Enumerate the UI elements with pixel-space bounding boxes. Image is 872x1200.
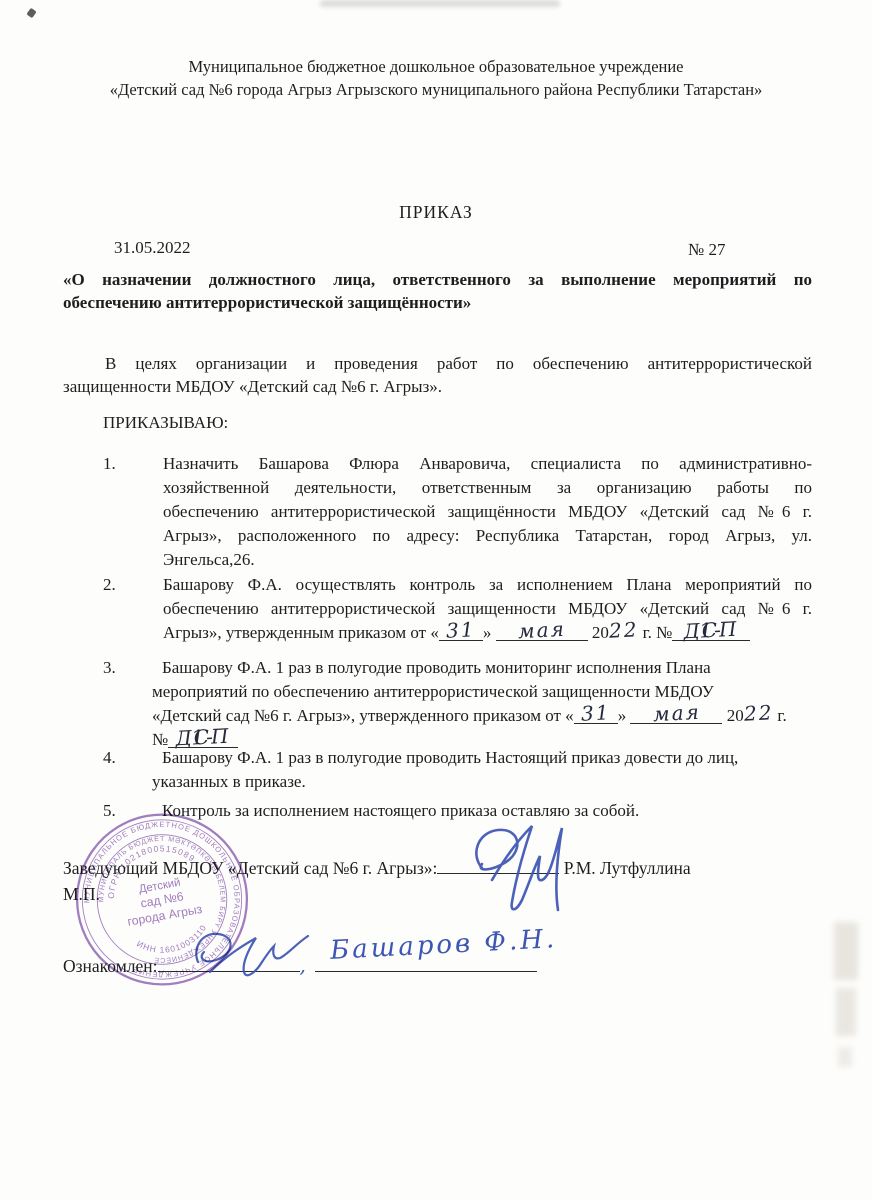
stamp-inn-text: ИНН 1601003110 (133, 921, 212, 960)
item-date-line: «Детский сад №6 г. Агрыз», утвержденного… (152, 704, 812, 728)
date-line-text: 20 (592, 623, 609, 642)
month-blank: мая (630, 704, 722, 724)
item-line: указанных в приказе. (152, 770, 812, 794)
org-header: Муниципальное бюджетное дошкольное образ… (30, 55, 842, 101)
date-line-text: г. (777, 706, 786, 725)
day-blank: 31 (439, 621, 483, 641)
item-line: Башарову Ф.А. 1 раз в полугодие проводит… (152, 656, 812, 680)
handwritten-day: 31 (581, 712, 610, 714)
handwritten-order-no: 1-ДСП (168, 735, 238, 739)
item-line: Башарову Ф.А. 1 раз в полугодие проводит… (152, 746, 812, 770)
item-line: Башарову Ф.А. осуществлять контроль за и… (163, 573, 812, 597)
order-intro-line1: В целях организации и проведения работ п… (63, 352, 812, 375)
item-line: Энгельса,26. (163, 548, 812, 572)
month-blank: мая (496, 621, 588, 641)
scan-artifact-smudge-right (836, 988, 856, 1036)
item-line: Агрыз», расположенного по адресу: Респуб… (163, 524, 812, 548)
handwritten-month: мая (653, 712, 701, 714)
item-line: мероприятий по обеспечению антитеррорист… (152, 680, 812, 704)
date-line-text: 20 (727, 706, 744, 725)
day-blank: 31 (574, 704, 618, 724)
item-date-line: Агрыз», утвержденным приказом от «31» ма… (163, 621, 812, 645)
item-text: Назначить Башарова Флюра Анваровича, спе… (163, 452, 812, 572)
order-subject: «О назначении должностного лица, ответст… (63, 268, 812, 314)
order-item-2: 2. Башарову Ф.А. осуществлять контроль з… (103, 573, 812, 645)
handwritten-month: мая (518, 629, 566, 631)
item-line: обеспечению антитеррористической защищён… (163, 500, 812, 524)
item-number: 3. (103, 656, 116, 680)
handwritten-day: 31 (446, 629, 475, 631)
date-line-text: «Детский сад №6 г. Агрыз», утвержденного… (152, 706, 574, 725)
handwritten-year: 22 (609, 629, 638, 631)
order-intro: В целях организации и проведения работ п… (63, 352, 812, 398)
handwritten-year: 22 (744, 712, 773, 714)
scan-artifact-dot (26, 8, 36, 19)
item-text: Башарову Ф.А. 1 раз в полугодие проводит… (152, 656, 812, 752)
scan-artifact-smudge-right (838, 1047, 852, 1067)
item-line: Назначить Башарова Флюра Анваровича, спе… (163, 452, 812, 476)
order-subject-line1: «О назначении должностного лица, ответст… (63, 268, 812, 291)
official-round-stamp: МУНИЦИПАЛЬНОЕ БЮДЖЕТНОЕ ДОШКОЛЬНОЕ ОБРАЗ… (58, 798, 266, 1002)
order-number: № 27 (688, 240, 725, 260)
date-line-text: г. № (643, 623, 673, 642)
date-line-text: » (618, 706, 627, 725)
item-line: хозяйственной деятельности, ответственны… (163, 476, 812, 500)
order-item-3: 3. Башарову Ф.А. 1 раз в полугодие прово… (103, 656, 812, 752)
item-text: Башарову Ф.А. осуществлять контроль за и… (163, 573, 812, 645)
svg-text:ИНН 1601003110: ИНН 1601003110 (133, 921, 212, 960)
org-name-line1: Муниципальное бюджетное дошкольное образ… (30, 55, 842, 78)
order-command: ПРИКАЗЫВАЮ: (103, 413, 228, 433)
order-item-1: 1. Назначить Башарова Флюра Анваровича, … (103, 452, 812, 572)
date-line-text: Агрыз», утвержденным приказом от « (163, 623, 439, 642)
order-title: ПРИКАЗ (0, 202, 872, 223)
order-item-4: 4. Башарову Ф.А. 1 раз в полугодие прово… (103, 746, 812, 794)
item-number: 2. (103, 573, 116, 597)
handwritten-order-no: 1-ДСП (672, 628, 750, 632)
number-blank: 1-ДСП (168, 728, 238, 748)
order-date: 31.05.2022 (114, 238, 191, 258)
org-name-line2: «Детский сад №6 города Агрыз Агрызского … (30, 78, 842, 101)
director-name: Р.М. Лутфуллина (564, 858, 691, 878)
scan-artifact-smudge-right (834, 922, 858, 980)
date-line-text: » (483, 623, 492, 642)
director-signature (462, 816, 574, 916)
order-intro-line2: защищенности МБДОУ «Детский сад №6 г. Аг… (63, 375, 812, 398)
scanned-order-document: Муниципальное бюджетное дошкольное образ… (0, 0, 872, 1200)
item-text: Башарову Ф.А. 1 раз в полугодие проводит… (152, 746, 812, 794)
signature-stroke (492, 826, 562, 910)
scan-artifact-smudge-top (320, 0, 560, 7)
number-blank: 1-ДСП (672, 621, 750, 641)
item-number: 1. (103, 452, 116, 476)
order-subject-line2: обеспечению антитеррористической защищён… (63, 291, 812, 314)
item-number: 4. (103, 746, 116, 770)
